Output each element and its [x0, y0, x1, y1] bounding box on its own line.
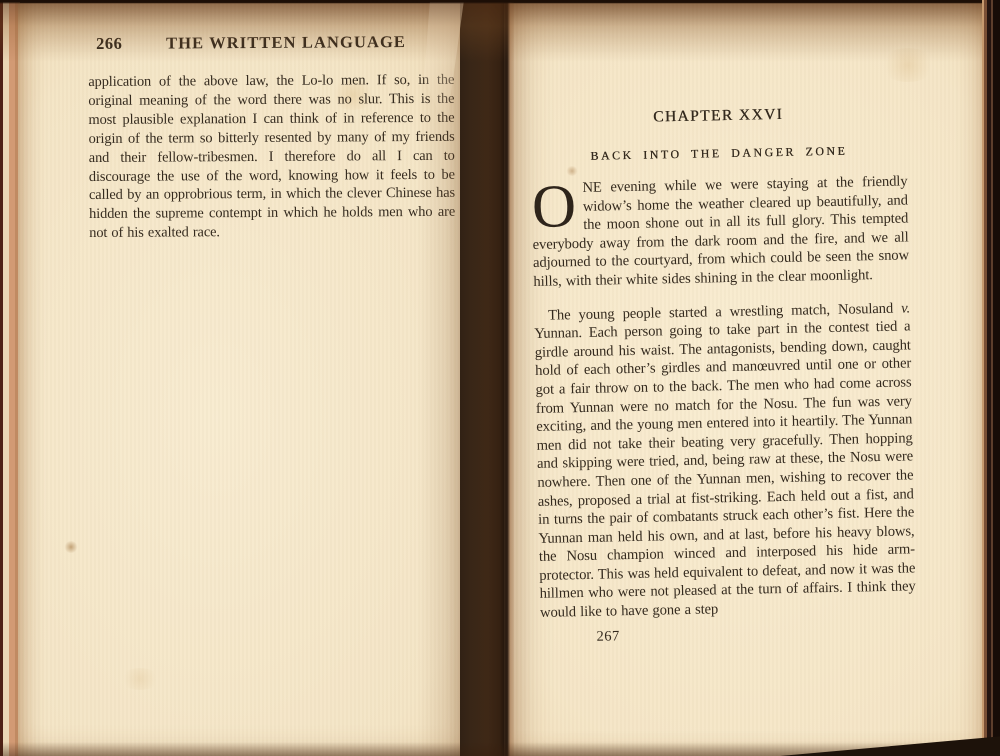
running-head: 266 THE WRITTEN LANGUAGE: [88, 32, 454, 58]
book-scan-photo: 266 THE WRITTEN LANGUAGE application of …: [0, 0, 1000, 756]
left-page-text-block: 266 THE WRITTEN LANGUAGE application of …: [88, 32, 455, 243]
chapter-subtitle: BACK INTO THE DANGER ZONE: [531, 142, 907, 165]
running-title: THE WRITTEN LANGUAGE: [88, 32, 454, 54]
right-page-edges: [982, 0, 1000, 756]
paragraph-2-text: Yunnan. Each person going to take part i…: [534, 319, 915, 621]
left-cover-edge: [0, 0, 20, 756]
chapter-paragraph-2: The young people started a wrestling mat…: [534, 299, 916, 623]
chapter-paragraph-1: ONE evening while we were staying at the…: [531, 172, 909, 291]
page-number-left: 266: [96, 34, 122, 54]
versus-abbreviation: v.: [901, 300, 910, 316]
opening-word-caps: NE: [582, 180, 602, 196]
drop-cap-letter: O: [531, 179, 583, 233]
left-page-paragraph: application of the above law, the Lo-lo …: [88, 71, 455, 243]
right-page-text-block: CHAPTER XXVI BACK INTO THE DANGER ZONE O…: [530, 103, 917, 646]
